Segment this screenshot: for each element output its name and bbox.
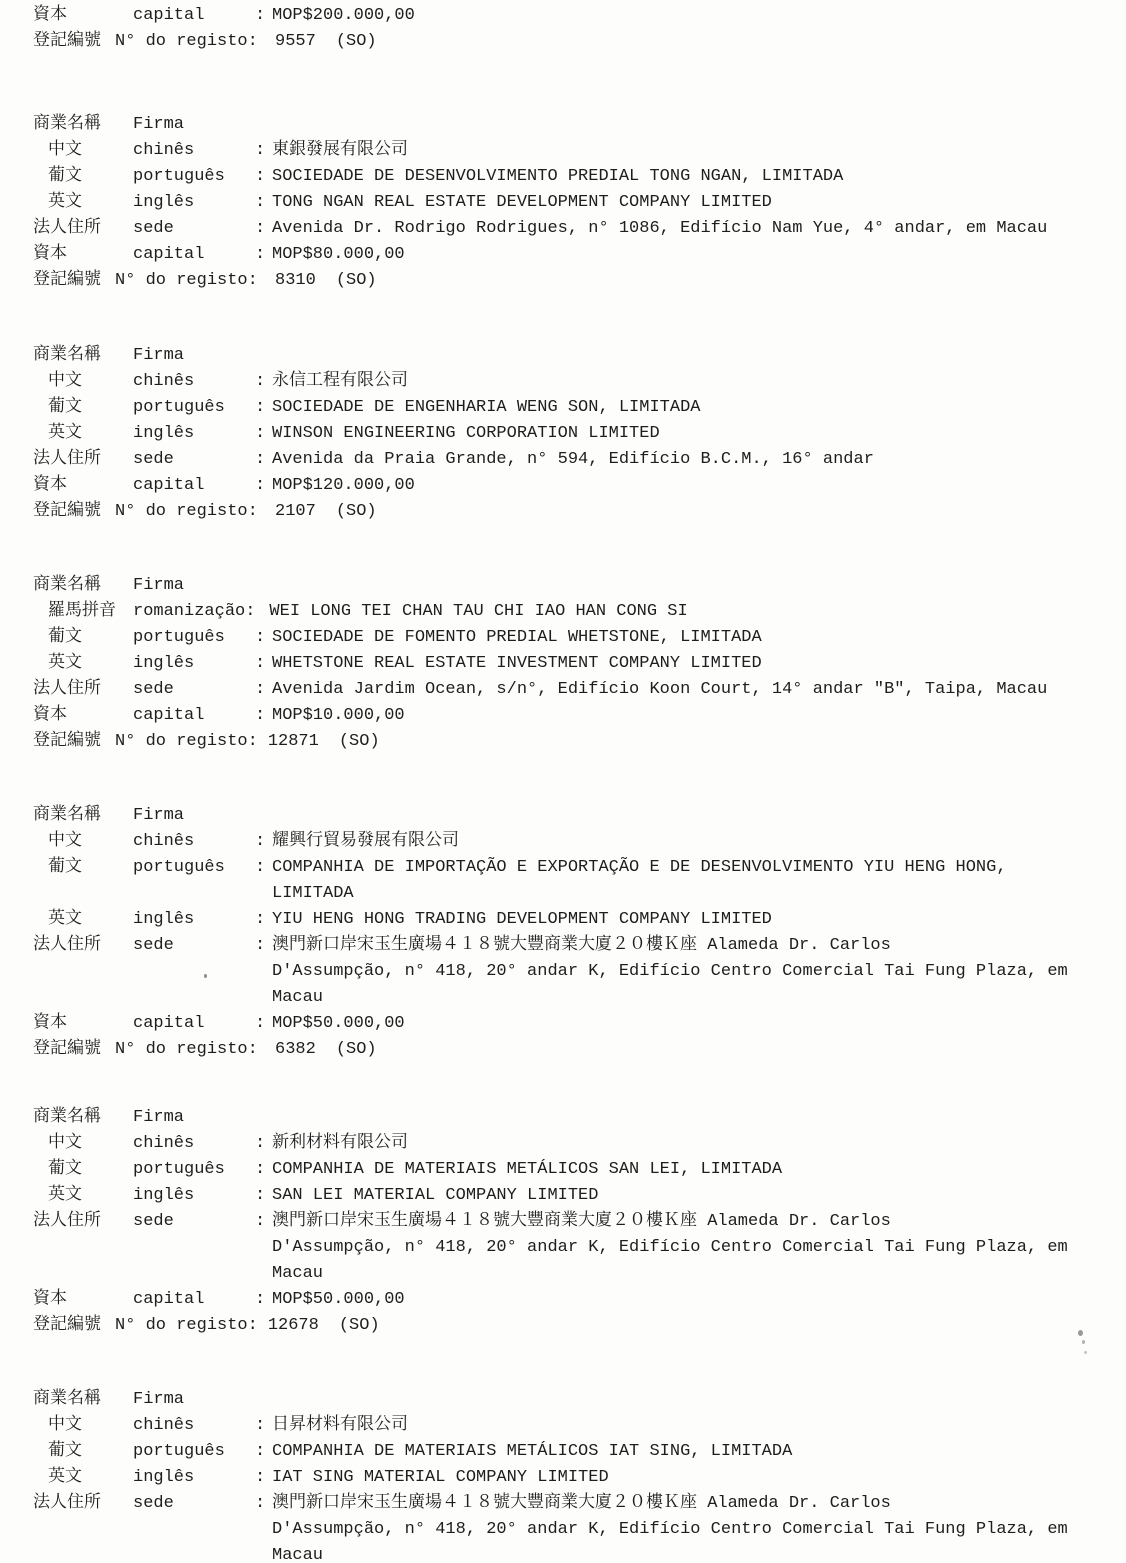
label-latin: N° do registo: <box>115 1314 258 1337</box>
label-cjk: 葡文 <box>0 396 133 419</box>
english-name-row: 英文inglês:WINSON ENGINEERING CORPORATION … <box>0 422 1126 448</box>
colon: : <box>255 704 272 727</box>
registration-row: 登記編號N° do registo:2107(SO) <box>0 500 1126 526</box>
continuation-row: Macau <box>0 1544 1126 1563</box>
label-cjk: 商業名稱 <box>0 344 133 367</box>
company-entry-partial: 資本capital:MOP$200.000,00登記編號N° do regist… <box>0 4 1126 56</box>
value: YIU HENG HONG TRADING DEVELOPMENT COMPAN… <box>272 908 772 931</box>
address-row: 法人住所sede:Avenida da Praia Grande, n° 594… <box>0 448 1126 474</box>
registration-row: 登記編號N° do registo:6382(SO) <box>0 1038 1126 1064</box>
label-latin: capital <box>133 4 255 27</box>
value: MOP$50.000,00 <box>272 1288 405 1311</box>
label-cjk: 法人住所 <box>0 678 133 701</box>
registration-suffix: (SO) <box>339 730 380 753</box>
label-latin: português <box>133 1158 255 1181</box>
firma-header-row: 商業名稱Firma <box>0 804 1126 830</box>
value: COMPANHIA DE IMPORTAÇÃO E EXPORTAÇÃO E D… <box>272 856 1007 879</box>
label-latin: N° do registo: <box>115 1038 258 1061</box>
label-latin: português <box>133 396 255 419</box>
continuation-row: Macau <box>0 986 1126 1012</box>
value: WHETSTONE REAL ESTATE INVESTMENT COMPANY… <box>272 652 762 675</box>
label-latin: inglês <box>133 1184 255 1207</box>
address-row: 法人住所sede:澳門新口岸宋玉生廣場４１８號大豐商業大廈２０樓Ｋ座 Alame… <box>0 1210 1126 1236</box>
colon: : <box>255 1414 272 1437</box>
english-name-row: 英文inglês:YIU HENG HONG TRADING DEVELOPME… <box>0 908 1126 934</box>
value: 澳門新口岸宋玉生廣場４１８號大豐商業大廈２０樓Ｋ座 Alameda Dr. Ca… <box>272 1210 891 1233</box>
english-name-row: 英文inglês:SAN LEI MATERIAL COMPANY LIMITE… <box>0 1184 1126 1210</box>
label-cjk: 葡文 <box>0 856 133 879</box>
label-cjk: 資本 <box>0 1012 133 1035</box>
label-cjk: 中文 <box>0 139 133 162</box>
label-latin: português <box>133 165 255 188</box>
value: WEI LONG TEI CHAN TAU CHI IAO HAN CONG S… <box>269 600 687 623</box>
value: MOP$50.000,00 <box>272 1012 405 1035</box>
company-entry: 商業名稱Firma羅馬拼音romanização:WEI LONG TEI CH… <box>0 574 1126 756</box>
label-latin: N° do registo: <box>115 500 258 523</box>
english-name-row: 英文inglês:TONG NGAN REAL ESTATE DEVELOPME… <box>0 191 1126 217</box>
label-cjk: 資本 <box>0 243 133 266</box>
label-latin: Firma <box>133 113 255 136</box>
label-latin: inglês <box>133 908 255 931</box>
label-cjk: 法人住所 <box>0 448 133 471</box>
label-latin: capital <box>133 243 255 266</box>
label-latin: capital <box>133 474 255 497</box>
registration-suffix: (SO) <box>336 269 377 292</box>
colon: : <box>255 652 272 675</box>
label-cjk: 商業名稱 <box>0 113 133 136</box>
value-continuation: Macau <box>272 986 323 1009</box>
label-latin: português <box>133 626 255 649</box>
label-latin: sede <box>133 448 255 471</box>
registration-suffix: (SO) <box>336 500 377 523</box>
registration-row: 登記編號N° do registo:9557(SO) <box>0 30 1126 56</box>
company-entry: 商業名稱Firma中文chinês:東銀發展有限公司葡文português:SO… <box>0 113 1126 295</box>
colon: : <box>255 396 272 419</box>
label-cjk: 資本 <box>0 474 133 497</box>
colon: : <box>255 4 272 27</box>
company-entry: 商業名稱Firma中文chinês:永信工程有限公司葡文português:SO… <box>0 344 1126 526</box>
label-latin: sede <box>133 678 255 701</box>
portuguese-name-row: 葡文português:COMPANHIA DE MATERIAIS METÁL… <box>0 1440 1126 1466</box>
value: 澳門新口岸宋玉生廣場４１８號大豐商業大廈２０樓Ｋ座 Alameda Dr. Ca… <box>272 1492 891 1515</box>
value: 永信工程有限公司 <box>272 370 408 393</box>
value-continuation: LIMITADA <box>272 882 354 905</box>
label-latin: inglês <box>133 1466 255 1489</box>
value: 日昇材料有限公司 <box>272 1414 408 1437</box>
label-cjk: 商業名稱 <box>0 804 133 827</box>
colon: : <box>255 1492 272 1515</box>
label-latin: N° do registo: <box>115 730 258 753</box>
continuation-row: D'Assumpção, n° 418, 20° andar K, Edifíc… <box>0 960 1126 986</box>
label-latin: Firma <box>133 574 255 597</box>
continuation-row: D'Assumpção, n° 418, 20° andar K, Edifíc… <box>0 1236 1126 1262</box>
firma-header-row: 商業名稱Firma <box>0 1106 1126 1132</box>
label-cjk: 登記編號 <box>0 269 115 292</box>
capital-row: 資本capital:MOP$50.000,00 <box>0 1288 1126 1314</box>
label-cjk: 中文 <box>0 370 133 393</box>
address-row: 法人住所sede:澳門新口岸宋玉生廣場４１８號大豐商業大廈２０樓Ｋ座 Alame… <box>0 1492 1126 1518</box>
capital-row: 資本capital:MOP$10.000,00 <box>0 704 1126 730</box>
scanned-registry-page: 資本capital:MOP$200.000,00登記編號N° do regist… <box>0 0 1126 1563</box>
address-row: 法人住所sede:Avenida Jardim Ocean, s/n°, Edi… <box>0 678 1126 704</box>
chinese-name-row: 中文chinês:耀興行貿易發展有限公司 <box>0 830 1126 856</box>
portuguese-name-row: 葡文português:COMPANHIA DE IMPORTAÇÃO E EX… <box>0 856 1126 882</box>
label-latin: inglês <box>133 191 255 214</box>
label-latin: português <box>133 856 255 879</box>
colon: : <box>255 626 272 649</box>
value: MOP$120.000,00 <box>272 474 415 497</box>
label-cjk: 英文 <box>0 908 133 931</box>
colon: : <box>255 1184 272 1207</box>
label-latin: chinês <box>133 1132 255 1155</box>
portuguese-name-row: 葡文português:SOCIEDADE DE ENGENHARIA WENG… <box>0 396 1126 422</box>
capital-row: 資本capital:MOP$120.000,00 <box>0 474 1126 500</box>
value: SOCIEDADE DE ENGENHARIA WENG SON, LIMITA… <box>272 396 700 419</box>
colon: : <box>255 830 272 853</box>
label-cjk: 葡文 <box>0 1440 133 1463</box>
label-cjk: 登記編號 <box>0 1038 115 1061</box>
value: MOP$200.000,00 <box>272 4 415 27</box>
value: COMPANHIA DE MATERIAIS METÁLICOS IAT SIN… <box>272 1440 792 1463</box>
colon: : <box>255 934 272 957</box>
label-cjk: 英文 <box>0 422 133 445</box>
chinese-name-row: 中文chinês:日昇材料有限公司 <box>0 1414 1126 1440</box>
value: MOP$10.000,00 <box>272 704 405 727</box>
value: SAN LEI MATERIAL COMPANY LIMITED <box>272 1184 598 1207</box>
label-cjk: 商業名稱 <box>0 574 133 597</box>
chinese-name-row: 中文chinês:新利材料有限公司 <box>0 1132 1126 1158</box>
value: 耀興行貿易發展有限公司 <box>272 830 459 853</box>
label-cjk: 商業名稱 <box>0 1388 133 1411</box>
label-cjk: 登記編號 <box>0 1314 115 1337</box>
label-latin: capital <box>133 1288 255 1311</box>
address-row: 法人住所sede:澳門新口岸宋玉生廣場４１８號大豐商業大廈２０樓Ｋ座 Alame… <box>0 934 1126 960</box>
value: Avenida Dr. Rodrigo Rodrigues, n° 1086, … <box>272 217 1047 240</box>
portuguese-name-row: 葡文português:COMPANHIA DE MATERIAIS METÁL… <box>0 1158 1126 1184</box>
value-continuation: Macau <box>272 1262 323 1285</box>
label-latin: chinês <box>133 139 255 162</box>
firma-header-row: 商業名稱Firma <box>0 344 1126 370</box>
value: TONG NGAN REAL ESTATE DEVELOPMENT COMPAN… <box>272 191 772 214</box>
colon: : <box>255 243 272 266</box>
registration-row: 登記編號N° do registo:12678(SO) <box>0 1314 1126 1340</box>
english-name-row: 英文inglês:IAT SING MATERIAL COMPANY LIMIT… <box>0 1466 1126 1492</box>
registration-number: 8310 <box>268 269 316 292</box>
colon: : <box>255 1466 272 1489</box>
label-latin: Firma <box>133 1106 255 1129</box>
label-cjk: 資本 <box>0 1288 133 1311</box>
scan-artifact-speck <box>1082 1340 1085 1344</box>
colon: : <box>255 165 272 188</box>
label-cjk: 資本 <box>0 704 133 727</box>
label-latin: sede <box>133 1210 255 1233</box>
label-cjk: 登記編號 <box>0 30 115 53</box>
romanization-row: 羅馬拼音romanização:WEI LONG TEI CHAN TAU CH… <box>0 600 1126 626</box>
continuation-row: LIMITADA <box>0 882 1126 908</box>
company-entry: 商業名稱Firma中文chinês:日昇材料有限公司葡文português:CO… <box>0 1388 1126 1563</box>
value-continuation: Macau <box>272 1544 323 1563</box>
colon: : <box>255 191 272 214</box>
label-latin: sede <box>133 217 255 240</box>
label-cjk: 資本 <box>0 4 133 27</box>
registration-number: 6382 <box>268 1038 316 1061</box>
colon: : <box>255 1012 272 1035</box>
continuation-row: Macau <box>0 1262 1126 1288</box>
registration-suffix: (SO) <box>339 1314 380 1337</box>
label-latin: N° do registo: <box>115 30 258 53</box>
chinese-name-row: 中文chinês:永信工程有限公司 <box>0 370 1126 396</box>
label-cjk: 英文 <box>0 1184 133 1207</box>
label-latin: chinês <box>133 370 255 393</box>
value: IAT SING MATERIAL COMPANY LIMITED <box>272 1466 609 1489</box>
label-cjk: 法人住所 <box>0 1210 133 1233</box>
value: MOP$80.000,00 <box>272 243 405 266</box>
english-name-row: 英文inglês:WHETSTONE REAL ESTATE INVESTMEN… <box>0 652 1126 678</box>
colon: : <box>255 217 272 240</box>
registration-number: 12871 <box>268 730 319 753</box>
label-cjk: 中文 <box>0 830 133 853</box>
capital-row: 資本capital:MOP$80.000,00 <box>0 243 1126 269</box>
value: WINSON ENGINEERING CORPORATION LIMITED <box>272 422 660 445</box>
portuguese-name-row: 葡文português:SOCIEDADE DE FOMENTO PREDIAL… <box>0 626 1126 652</box>
registration-number: 2107 <box>268 500 316 523</box>
label-cjk: 法人住所 <box>0 934 133 957</box>
firma-header-row: 商業名稱Firma <box>0 1388 1126 1414</box>
label-cjk: 葡文 <box>0 165 133 188</box>
label-latin: capital <box>133 704 255 727</box>
colon: : <box>255 1158 272 1181</box>
value: 東銀發展有限公司 <box>272 139 408 162</box>
registration-suffix: (SO) <box>336 1038 377 1061</box>
value: Avenida Jardim Ocean, s/n°, Edifício Koo… <box>272 678 1047 701</box>
colon: : <box>255 139 272 162</box>
label-latin: Firma <box>133 344 255 367</box>
label-cjk: 中文 <box>0 1132 133 1155</box>
value: SOCIEDADE DE DESENVOLVIMENTO PREDIAL TON… <box>272 165 843 188</box>
label-latin: Firma <box>133 1388 255 1411</box>
label-cjk: 羅馬拼音 <box>0 600 133 623</box>
label-cjk: 登記編號 <box>0 730 115 753</box>
colon: : <box>255 1440 272 1463</box>
scan-artifact-speck <box>1078 1330 1083 1336</box>
value: Avenida da Praia Grande, n° 594, Edifíci… <box>272 448 874 471</box>
label-cjk: 登記編號 <box>0 500 115 523</box>
registration-suffix: (SO) <box>336 30 377 53</box>
registration-number: 12678 <box>268 1314 319 1337</box>
firma-header-row: 商業名稱Firma <box>0 113 1126 139</box>
colon: : <box>255 422 272 445</box>
label-cjk: 英文 <box>0 652 133 675</box>
label-latin: Firma <box>133 804 255 827</box>
portuguese-name-row: 葡文português:SOCIEDADE DE DESENVOLVIMENTO… <box>0 165 1126 191</box>
company-entry: 商業名稱Firma中文chinês:新利材料有限公司葡文português:CO… <box>0 1106 1126 1340</box>
label-cjk: 英文 <box>0 1466 133 1489</box>
value: 新利材料有限公司 <box>272 1132 408 1155</box>
label-latin: chinês <box>133 1414 255 1437</box>
value-continuation: D'Assumpção, n° 418, 20° andar K, Edifíc… <box>272 1236 1068 1259</box>
chinese-name-row: 中文chinês:東銀發展有限公司 <box>0 139 1126 165</box>
label-latin: N° do registo: <box>115 269 258 292</box>
label-cjk: 法人住所 <box>0 217 133 240</box>
value-continuation: D'Assumpção, n° 418, 20° andar K, Edifíc… <box>272 1518 1068 1541</box>
registration-row: 登記編號N° do registo:8310(SO) <box>0 269 1126 295</box>
label-latin: sede <box>133 934 255 957</box>
registration-row: 登記編號N° do registo:12871(SO) <box>0 730 1126 756</box>
scan-artifact-speck <box>1084 1351 1087 1354</box>
colon: : <box>255 474 272 497</box>
label-latin: inglês <box>133 652 255 675</box>
continuation-row: D'Assumpção, n° 418, 20° andar K, Edifíc… <box>0 1518 1126 1544</box>
address-row: 法人住所sede:Avenida Dr. Rodrigo Rodrigues, … <box>0 217 1126 243</box>
label-cjk: 葡文 <box>0 626 133 649</box>
colon: : <box>255 1210 272 1233</box>
scan-artifact-speck <box>204 974 207 978</box>
value-continuation: D'Assumpção, n° 418, 20° andar K, Edifíc… <box>272 960 1068 983</box>
capital-row: 資本capital:MOP$200.000,00 <box>0 4 1126 30</box>
label-latin: português <box>133 1440 255 1463</box>
registration-number: 9557 <box>268 30 316 53</box>
value: 澳門新口岸宋玉生廣場４１８號大豐商業大廈２０樓Ｋ座 Alameda Dr. Ca… <box>272 934 891 957</box>
label-latin: capital <box>133 1012 255 1035</box>
label-cjk: 法人住所 <box>0 1492 133 1515</box>
colon: : <box>255 856 272 879</box>
capital-row: 資本capital:MOP$50.000,00 <box>0 1012 1126 1038</box>
label-latin: inglês <box>133 422 255 445</box>
colon: : <box>255 448 272 471</box>
firma-header-row: 商業名稱Firma <box>0 574 1126 600</box>
colon: : <box>255 1132 272 1155</box>
label-cjk: 商業名稱 <box>0 1106 133 1129</box>
value: SOCIEDADE DE FOMENTO PREDIAL WHETSTONE, … <box>272 626 762 649</box>
label-cjk: 英文 <box>0 191 133 214</box>
label-latin: romanização: <box>133 600 255 623</box>
label-latin: chinês <box>133 830 255 853</box>
company-entry: 商業名稱Firma中文chinês:耀興行貿易發展有限公司葡文português… <box>0 804 1126 1064</box>
colon: : <box>255 1288 272 1311</box>
label-latin: sede <box>133 1492 255 1515</box>
colon: : <box>255 678 272 701</box>
value: COMPANHIA DE MATERIAIS METÁLICOS SAN LEI… <box>272 1158 782 1181</box>
colon: : <box>255 370 272 393</box>
label-cjk: 中文 <box>0 1414 133 1437</box>
label-cjk: 葡文 <box>0 1158 133 1181</box>
colon: : <box>255 908 272 931</box>
